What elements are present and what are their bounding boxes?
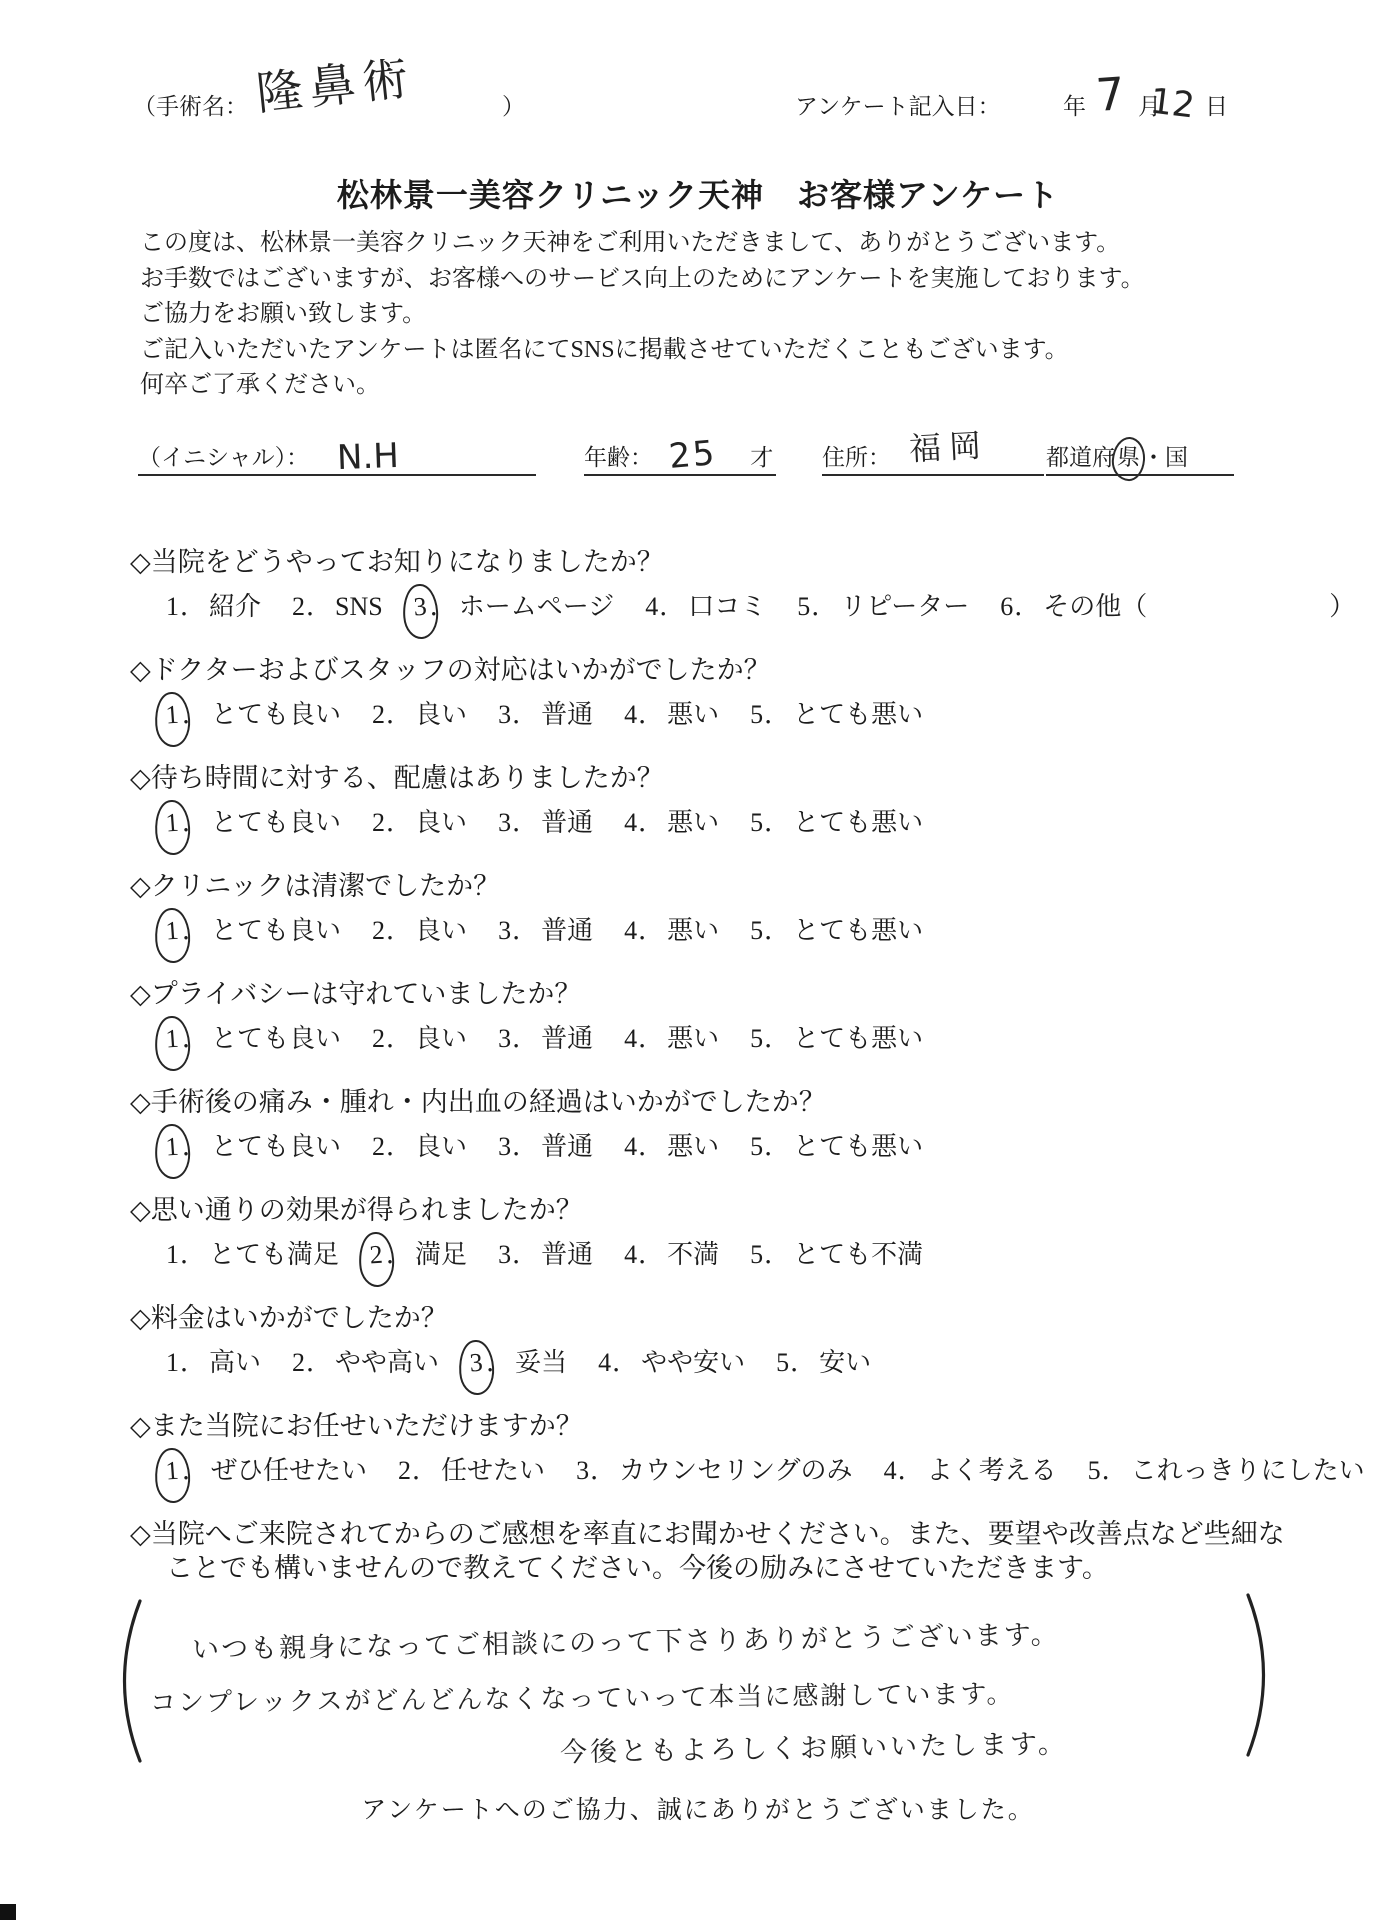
option-label: 普通 — [541, 808, 593, 837]
option-number: 5 — [750, 1024, 763, 1053]
option-number: 6 — [1000, 592, 1013, 621]
question-title: ◇プライバシーは守れていましたか？ — [130, 977, 1396, 1011]
option-number: 4 — [645, 592, 658, 621]
option-label: とても良い — [211, 808, 341, 837]
option-number: 5 — [1088, 1456, 1101, 1485]
option-separator: ． — [180, 1348, 206, 1377]
region-label-pre: 都道府 — [1046, 439, 1115, 472]
age-unit-label: 才 — [750, 439, 773, 472]
surgery-name-close-paren: ） — [502, 88, 525, 121]
option-separator: ． — [898, 1456, 924, 1485]
option-separator: ． — [1102, 1456, 1128, 1485]
answer-option: 1．とても良い — [166, 700, 341, 729]
answer-option: 3．普通 — [498, 916, 593, 945]
option-label: 不満 — [667, 1240, 719, 1269]
survey-scan-page: （手術名： 隆鼻術 ） アンケート記入日： 年 7 月 12 日 松林景一美容ク… — [0, 0, 1396, 1920]
initial-label: （イニシャル）： — [138, 439, 309, 472]
option-label: 悪い — [667, 916, 719, 945]
answer-option: 3．ホームページ — [414, 592, 615, 621]
comment-bracket-left — [106, 1596, 146, 1771]
option-number: 4 — [624, 700, 637, 729]
option-label: 普通 — [541, 700, 593, 729]
question-title: ◇当院をどうやってお知りになりましたか？ — [130, 545, 1396, 579]
age-label: 年齢： — [584, 439, 653, 472]
option-separator: ． — [764, 1024, 790, 1053]
option-number: 5 — [750, 1240, 763, 1269]
intro-paragraph: この度は、松林景一美容クリニック天神をご利用いただきまして、ありがとうございます… — [140, 226, 1145, 404]
closing-thanks: アンケートへのご協力、誠にありがとうございました。 — [0, 1790, 1396, 1826]
question-options: 1．高い2．やや高い3．妥当4．やや安い5．安い — [166, 1343, 1396, 1383]
option-number: 5 — [776, 1348, 789, 1377]
option-separator: ． — [764, 916, 790, 945]
answer-option: 3．普通 — [498, 1240, 593, 1269]
answer-option: 2．満足 — [370, 1240, 467, 1269]
option-separator: ． — [638, 1132, 664, 1161]
option-number: 4 — [624, 1024, 637, 1053]
option-label: 悪い — [667, 700, 719, 729]
option-label: SNS — [335, 592, 383, 621]
scan-corner-artifact — [0, 1904, 16, 1920]
option-number: 1 — [166, 592, 179, 621]
answer-option: 4．やや安い — [598, 1348, 745, 1377]
answer-option: 1．ぜひ任せたい — [166, 1456, 367, 1485]
region-type-field: 都道府 県 ・国 — [1046, 424, 1234, 476]
option-number: 2 — [372, 808, 385, 837]
question-block: ◇当院へご来院されてからのご感想を率直にお聞かせください。また、要望や改善点など… — [130, 1517, 1396, 1585]
handwritten-month: 7 — [1094, 67, 1126, 122]
option-number: 5 — [750, 808, 763, 837]
answer-option: 6．その他（ ） — [1000, 592, 1355, 621]
intro-line: この度は、松林景一美容クリニック天神をご利用いただきまして、ありがとうございます… — [140, 226, 1145, 262]
option-number: 4 — [884, 1456, 897, 1485]
handwritten-day: 12 — [1148, 81, 1197, 126]
option-separator: ． — [386, 916, 412, 945]
option-separator: ． — [638, 1240, 664, 1269]
option-number: 3 — [498, 808, 511, 837]
option-label: 口コミ — [688, 592, 766, 621]
option-label: 悪い — [667, 1132, 719, 1161]
option-label: 普通 — [541, 916, 593, 945]
option-number: 2 — [372, 700, 385, 729]
answer-option: 5．とても悪い — [750, 1024, 923, 1053]
option-label: とても悪い — [793, 808, 923, 837]
answer-option: 1．とても満足 — [166, 1240, 339, 1269]
intro-line: お手数ではございますが、お客様へのサービス向上のためにアンケートを実施しておりま… — [140, 262, 1145, 298]
option-number: 4 — [598, 1348, 611, 1377]
option-separator: ． — [764, 1240, 790, 1269]
option-label: とても悪い — [793, 916, 923, 945]
answer-option: 5．とても悪い — [750, 700, 923, 729]
option-label: とても良い — [211, 1132, 341, 1161]
option-label: 任せたい — [441, 1456, 545, 1485]
option-label: カウンセリングのみ — [619, 1456, 852, 1485]
option-number: 5 — [750, 1132, 763, 1161]
question-block: ◇プライバシーは守れていましたか？1．とても良い2．良い3．普通4．悪い5．とて… — [130, 977, 1396, 1059]
option-number: 2 — [372, 1024, 385, 1053]
question-block: ◇クリニックは清潔でしたか？1．とても良い2．良い3．普通4．悪い5．とても悪い — [130, 869, 1396, 951]
option-label: やや高い — [335, 1348, 439, 1377]
option-separator: ． — [512, 916, 538, 945]
answer-option: 1．とても良い — [166, 1132, 341, 1161]
option-separator: ． — [306, 1348, 332, 1377]
option-number: 3 — [498, 700, 511, 729]
question-list: ◇当院をどうやってお知りになりましたか？1．紹介2．SNS3．ホームページ4．口… — [130, 545, 1396, 1611]
question-title: ◇手術後の痛み・腫れ・内出血の経過はいかがでしたか？ — [130, 1085, 1396, 1119]
answer-option: 4．悪い — [624, 1132, 719, 1161]
age-field: 年齢： 25 才 — [584, 424, 776, 476]
option-separator: ． — [512, 808, 538, 837]
date-label: アンケート記入日： — [795, 88, 1001, 121]
answer-option: 3．妥当 — [470, 1348, 567, 1377]
option-separator: ． — [612, 1348, 638, 1377]
option-label: 悪い — [667, 1024, 719, 1053]
option-label: よく考える — [927, 1456, 1057, 1485]
answer-option: 4．悪い — [624, 700, 719, 729]
option-number: 4 — [624, 808, 637, 837]
question-title: ◇また当院にお任せいただけますか？ — [130, 1409, 1396, 1443]
surgery-name-label: （手術名： — [133, 88, 248, 121]
option-separator: ． — [386, 1132, 412, 1161]
answer-option: 2．SNS — [292, 592, 383, 621]
comment-bracket-right — [1242, 1590, 1282, 1765]
intro-line: ご協力をお願い致します。 — [140, 297, 1145, 333]
answer-option: 2．良い — [372, 916, 467, 945]
option-separator: ． — [764, 1132, 790, 1161]
option-number: 2 — [398, 1456, 411, 1485]
answer-option: 4．悪い — [624, 1024, 719, 1053]
intro-line: ご記入いただいたアンケートは匿名にてSNSに掲載させていただくこともございます。 — [140, 333, 1145, 369]
option-separator: ． — [638, 1024, 664, 1053]
option-separator: ． — [638, 916, 664, 945]
page-title: 松林景一美容クリニック天神 お客様アンケート — [0, 170, 1396, 216]
question-options: 1．とても満足2．満足3．普通4．不満5．とても不満 — [166, 1235, 1396, 1275]
option-number: 2 — [372, 916, 385, 945]
initial-field: （イニシャル）： N.H — [138, 424, 536, 476]
option-separator: ． — [1014, 592, 1040, 621]
option-separator: ． — [180, 592, 206, 621]
option-label: とても満足 — [209, 1240, 339, 1269]
option-label: 良い — [415, 1132, 467, 1161]
handwritten-surgery-name: 隆鼻術 — [253, 41, 418, 123]
option-separator: ． — [386, 808, 412, 837]
option-number: 3 — [498, 1132, 511, 1161]
option-separator: ． — [811, 592, 837, 621]
answer-option: 1．とても良い — [166, 916, 341, 945]
option-number: 5 — [750, 700, 763, 729]
option-separator: ． — [638, 700, 664, 729]
answer-option: 3．普通 — [498, 700, 593, 729]
question-title: ◇クリニックは清潔でしたか？ — [130, 869, 1396, 903]
answer-option: 2．やや高い — [292, 1348, 439, 1377]
option-label: とても悪い — [793, 700, 923, 729]
option-label: 悪い — [667, 808, 719, 837]
option-label: リピーター — [840, 592, 969, 621]
answer-option: 2．良い — [372, 808, 467, 837]
option-number: 4 — [624, 916, 637, 945]
option-number: 2 — [292, 592, 305, 621]
answer-option: 5．とても悪い — [750, 808, 923, 837]
option-separator: ． — [412, 1456, 438, 1485]
region-label-post: ・国 — [1142, 439, 1188, 472]
question-block: ◇手術後の痛み・腫れ・内出血の経過はいかがでしたか？1．とても良い2．良い3．普… — [130, 1085, 1396, 1167]
handwritten-address: 福岡 — [908, 420, 990, 470]
answer-option: 2．良い — [372, 700, 467, 729]
option-number: 3 — [498, 1240, 511, 1269]
question-title: ◇ドクターおよびスタッフの対応はいかがでしたか？ — [130, 653, 1396, 687]
answer-option: 3．普通 — [498, 808, 593, 837]
option-label: 普通 — [541, 1240, 593, 1269]
address-label: 住所： — [822, 439, 891, 472]
option-number: 5 — [750, 916, 763, 945]
option-separator: ． — [764, 700, 790, 729]
option-label: これっきりにしたい — [1131, 1456, 1365, 1485]
handwritten-age: 25 — [667, 433, 718, 477]
option-separator: ． — [790, 1348, 816, 1377]
option-number: 3 — [576, 1456, 589, 1485]
question-title: ◇思い通りの効果が得られましたか？ — [130, 1193, 1396, 1227]
question-options: 1．とても良い2．良い3．普通4．悪い5．とても悪い — [166, 1127, 1396, 1167]
option-separator: ． — [512, 700, 538, 729]
option-label: とても良い — [211, 916, 341, 945]
option-separator: ． — [512, 1024, 538, 1053]
handwritten-comment-line: いつも親身になってご相談にのって下さりありがとうございます。 — [192, 1612, 1060, 1666]
option-label: 良い — [415, 808, 467, 837]
option-number: 3 — [498, 916, 511, 945]
answer-option: 1．とても良い — [166, 1024, 341, 1053]
question-block: ◇ドクターおよびスタッフの対応はいかがでしたか？1．とても良い2．良い3．普通4… — [130, 653, 1396, 735]
answer-option: 4．口コミ — [645, 592, 766, 621]
answer-option: 5．リピーター — [797, 592, 969, 621]
option-label: 妥当 — [515, 1348, 567, 1377]
option-separator: ． — [638, 808, 664, 837]
day-label: 日 — [1205, 88, 1228, 121]
answer-option: 5．とても悪い — [750, 916, 923, 945]
option-separator: ． — [512, 1132, 538, 1161]
option-separator: ． — [386, 700, 412, 729]
question-block: ◇当院をどうやってお知りになりましたか？1．紹介2．SNS3．ホームページ4．口… — [130, 545, 1396, 627]
handwritten-comment-line: 今後ともよろしくお願いいたします。 — [560, 1722, 1068, 1770]
option-label: とても不満 — [793, 1240, 923, 1269]
option-separator: ． — [590, 1456, 616, 1485]
option-number: 2 — [372, 1132, 385, 1161]
answer-option: 1．とても良い — [166, 808, 341, 837]
option-label: 普通 — [541, 1024, 593, 1053]
question-block: ◇また当院にお任せいただけますか？1．ぜひ任せたい2．任せたい3．カウンセリング… — [130, 1409, 1396, 1491]
answer-option: 3．普通 — [498, 1132, 593, 1161]
option-label: 紹介 — [209, 592, 261, 621]
option-number: 2 — [292, 1348, 305, 1377]
answer-option: 4．悪い — [624, 916, 719, 945]
question-title: ことでも構いませんので教えてください。今後の励みにさせていただきます。 — [166, 1551, 1396, 1585]
option-separator: ． — [306, 592, 332, 621]
question-options: 1．とても良い2．良い3．普通4．悪い5．とても悪い — [166, 911, 1396, 951]
answer-option: 5．とても悪い — [750, 1132, 923, 1161]
option-separator: ． — [180, 1240, 206, 1269]
answer-option: 2．良い — [372, 1132, 467, 1161]
year-label: 年 — [1063, 88, 1086, 121]
question-options: 1．紹介2．SNS3．ホームページ4．口コミ5．リピーター6．その他（ ） — [166, 587, 1396, 627]
option-label: 良い — [415, 1024, 467, 1053]
handwritten-initial: N.H — [336, 436, 399, 478]
answer-option: 1．高い — [166, 1348, 261, 1377]
answer-option: 4．不満 — [624, 1240, 719, 1269]
option-separator: ． — [386, 1024, 412, 1053]
question-block: ◇料金はいかがでしたか？1．高い2．やや高い3．妥当4．やや安い5．安い — [130, 1301, 1396, 1383]
question-block: ◇待ち時間に対する、配慮はありましたか？1．とても良い2．良い3．普通4．悪い5… — [130, 761, 1396, 843]
question-options: 1．とても良い2．良い3．普通4．悪い5．とても悪い — [166, 1019, 1396, 1059]
answer-option: 4．よく考える — [884, 1456, 1057, 1485]
option-label: 安い — [819, 1348, 871, 1377]
option-number: 4 — [624, 1132, 637, 1161]
question-block: ◇思い通りの効果が得られましたか？1．とても満足2．満足3．普通4．不満5．とて… — [130, 1193, 1396, 1275]
address-field: 住所： 福岡 — [822, 424, 1044, 476]
answer-option: 1．紹介 — [166, 592, 261, 621]
option-label: ぜひ任せたい — [211, 1456, 367, 1485]
answer-option: 4．悪い — [624, 808, 719, 837]
option-label: とても良い — [211, 700, 341, 729]
option-separator: ． — [659, 592, 685, 621]
intro-line: 何卒ご了承ください。 — [140, 368, 1145, 404]
option-separator: ． — [512, 1240, 538, 1269]
option-label: 満足 — [415, 1240, 467, 1269]
answer-option: 5．とても不満 — [750, 1240, 923, 1269]
answer-option: 2．良い — [372, 1024, 467, 1053]
option-label: とても悪い — [793, 1132, 923, 1161]
option-separator: ． — [764, 808, 790, 837]
option-label: 高い — [209, 1348, 261, 1377]
option-number: 4 — [624, 1240, 637, 1269]
question-title: ◇料金はいかがでしたか？ — [130, 1301, 1396, 1335]
question-options: 1．とても良い2．良い3．普通4．悪い5．とても悪い — [166, 695, 1396, 735]
option-label: 普通 — [541, 1132, 593, 1161]
option-number: 1 — [166, 1240, 179, 1269]
option-number: 5 — [797, 592, 810, 621]
handwritten-comment-line: コンプレックスがどんどんなくなっていって本当に感謝しています。 — [150, 1673, 1015, 1719]
question-title: ◇待ち時間に対する、配慮はありましたか？ — [130, 761, 1396, 795]
option-label: その他（ ） — [1043, 592, 1355, 621]
option-label: とても悪い — [793, 1024, 923, 1053]
answer-option: 3．カウンセリングのみ — [576, 1456, 853, 1485]
option-label: とても良い — [211, 1024, 341, 1053]
option-number: 3 — [498, 1024, 511, 1053]
answer-option: 5．安い — [776, 1348, 871, 1377]
question-options: 1．とても良い2．良い3．普通4．悪い5．とても悪い — [166, 803, 1396, 843]
option-label: 良い — [415, 916, 467, 945]
option-label: ホームページ — [459, 592, 614, 621]
answer-option: 2．任せたい — [398, 1456, 545, 1485]
answer-option: 5．これっきりにしたい — [1088, 1456, 1365, 1485]
option-label: 良い — [415, 700, 467, 729]
answer-option: 3．普通 — [498, 1024, 593, 1053]
question-options: 1．ぜひ任せたい2．任せたい3．カウンセリングのみ4．よく考える5．これっきりに… — [166, 1451, 1396, 1491]
option-label: やや安い — [641, 1348, 745, 1377]
question-title: ◇当院へご来院されてからのご感想を率直にお聞かせください。また、要望や改善点など… — [130, 1517, 1396, 1551]
option-number: 1 — [166, 1348, 179, 1377]
